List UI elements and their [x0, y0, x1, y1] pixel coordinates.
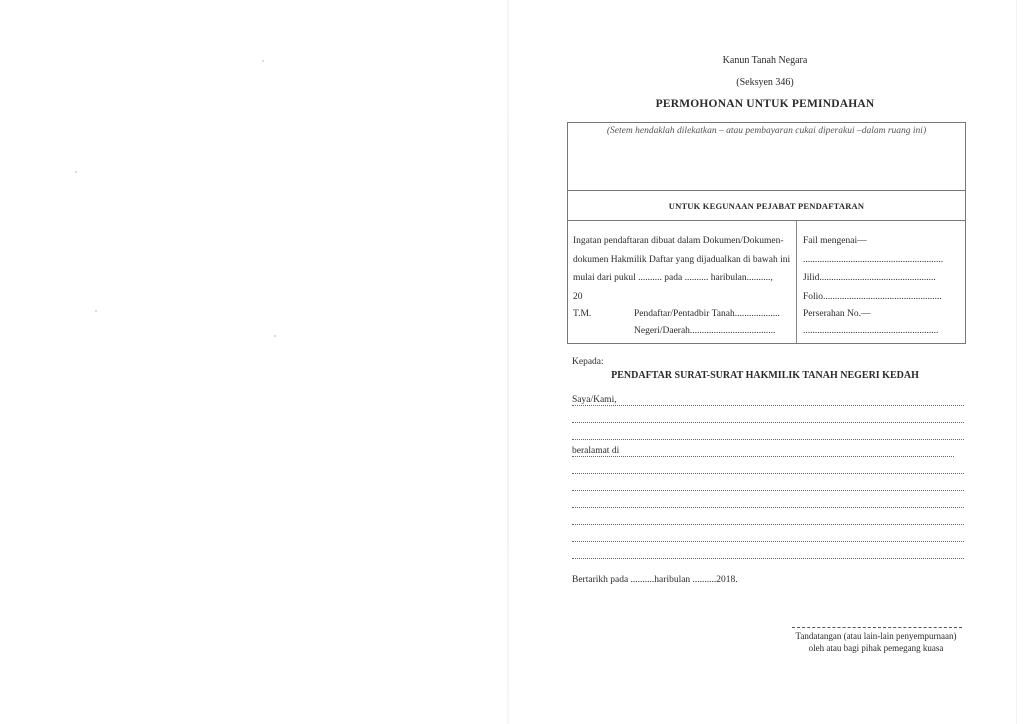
registry-time-field[interactable]: mulai dari pukul .......... pada .......…: [573, 273, 773, 283]
stamp-area: (Setem hendaklah dilekatkan – atau pemba…: [567, 122, 966, 191]
volume-field[interactable]: Jilid...................................…: [803, 273, 936, 283]
act-title: Kanun Tanah Negara: [560, 55, 970, 66]
applicant-name-label: Saya/Kami,: [572, 395, 619, 405]
dated-field[interactable]: Bertarikh pada ..........haribulan .....…: [572, 575, 738, 585]
registry-office-title: UNTUK KEGUNAAN PEJABAT PENDAFTARAN: [568, 201, 965, 211]
applicant-name-continuation[interactable]: [572, 429, 964, 443]
scan-speck: [262, 60, 264, 62]
presentation-no-label: Perserahan No.—: [803, 309, 871, 319]
file-regarding-label: Fail mengenai—: [803, 236, 867, 246]
applicant-address-continuation[interactable]: [572, 480, 964, 494]
applicant-address-field[interactable]: beralamat di: [572, 446, 954, 460]
folio-field[interactable]: Folio...................................…: [803, 292, 942, 302]
applicant-address-continuation[interactable]: [572, 531, 964, 545]
scan-speck: [274, 335, 276, 337]
scan-speck: [75, 171, 77, 173]
to-label: Kepada:: [572, 357, 604, 367]
page-edge: [1016, 0, 1017, 724]
registrar-field[interactable]: Pendaftar/Pentadbir Tanah...............…: [634, 309, 780, 319]
presentation-no-field[interactable]: ........................................…: [803, 326, 938, 336]
registry-memo-line: Ingatan pendaftaran dibuat dalam Dokumen…: [573, 236, 784, 246]
registry-office-header: UNTUK KEGUNAAN PEJABAT PENDAFTARAN: [567, 190, 966, 221]
registry-memo-line: dokumen Hakmilik Daftar yang dijadualkan…: [573, 255, 790, 265]
signature-line[interactable]: [792, 627, 962, 628]
scan-speck: [95, 310, 97, 312]
applicant-address-label: beralamat di: [572, 446, 621, 456]
applicant-address-continuation[interactable]: [572, 514, 964, 528]
registry-tm: T.M.: [573, 309, 591, 319]
addressee-name: PENDAFTAR SURAT-SURAT HAKMILIK TANAH NEG…: [560, 370, 970, 381]
applicant-address-continuation[interactable]: [572, 497, 964, 511]
section-reference: (Seksyen 346): [560, 77, 970, 88]
applicant-name-field[interactable]: Saya/Kami,: [572, 395, 964, 409]
applicant-name-continuation[interactable]: [572, 412, 964, 426]
page-fold: [507, 0, 509, 724]
applicant-address-continuation[interactable]: [572, 548, 964, 562]
column-divider: [796, 221, 797, 343]
application-form: Kanun Tanah Negara (Seksyen 346) PERMOHO…: [560, 0, 970, 724]
registry-year: 20: [573, 292, 583, 302]
state-district-field[interactable]: Negeri/Daerah...........................…: [634, 326, 775, 336]
file-regarding-field[interactable]: ........................................…: [803, 255, 943, 265]
signature-caption: Tandatangan (atau lain-lain penyempurnaa…: [786, 631, 966, 641]
form-title: PERMOHONAN UNTUK PEMINDAHAN: [560, 98, 970, 110]
applicant-address-continuation[interactable]: [572, 463, 964, 477]
registry-office-box: Ingatan pendaftaran dibuat dalam Dokumen…: [567, 220, 966, 344]
signature-caption-sub: oleh atau bagi pihak pemegang kuasa: [786, 643, 966, 653]
stamp-note: (Setem hendaklah dilekatkan – atau pemba…: [568, 126, 965, 136]
